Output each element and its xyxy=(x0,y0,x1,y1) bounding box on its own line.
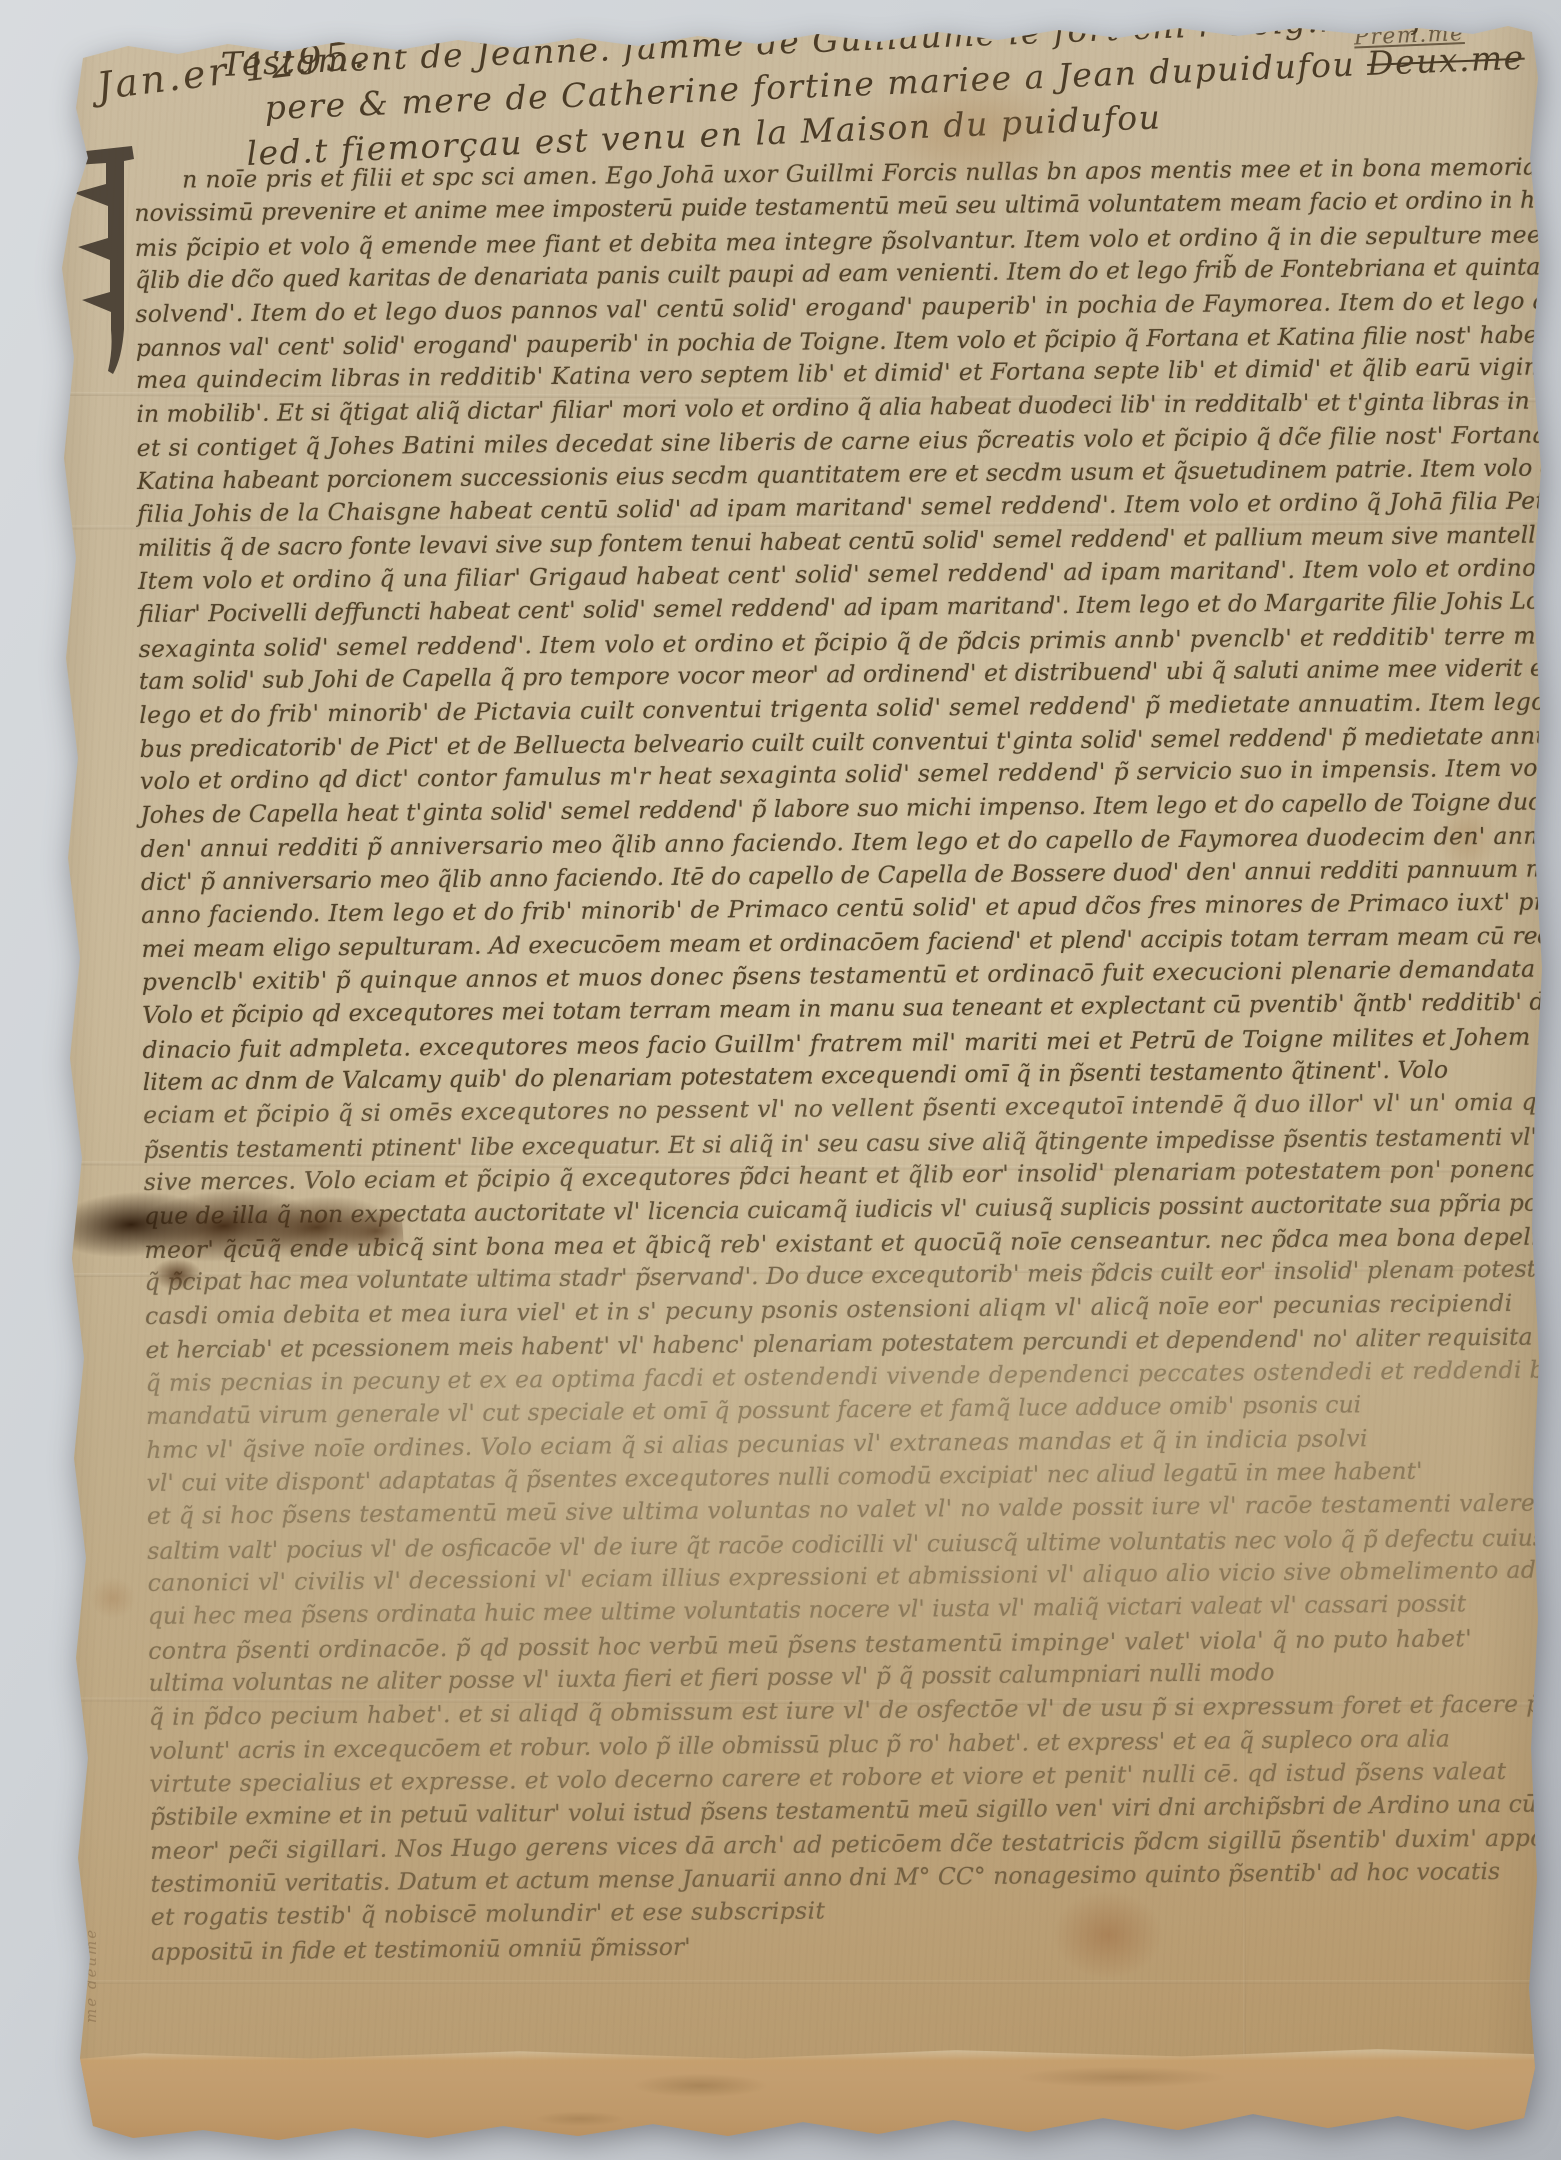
photograph-of-manuscript: Jan.er 1295. Testament de Jeanne. famme … xyxy=(0,0,1561,2160)
tan-stain xyxy=(828,46,1148,246)
margin-note-vertical: me deume xyxy=(82,1853,100,2023)
parchment-sheet: Jan.er 1295. Testament de Jeanne. famme … xyxy=(38,18,1543,2148)
stain-drip xyxy=(142,1256,212,1302)
crease-line xyxy=(38,1980,1543,1984)
title-line-2-end: et par elle xyxy=(1524,30,1561,77)
reddish-stain xyxy=(1023,1870,1193,2005)
plica-fold xyxy=(38,2046,1543,2150)
interlinear-correction: Prem.me xyxy=(1353,11,1465,60)
manuscript-text: n noīe pris et filii et spc sci amen. Eg… xyxy=(134,151,1553,1968)
parchment-surface: Jan.er 1295. Testament de Jeanne. famme … xyxy=(38,18,1543,2148)
